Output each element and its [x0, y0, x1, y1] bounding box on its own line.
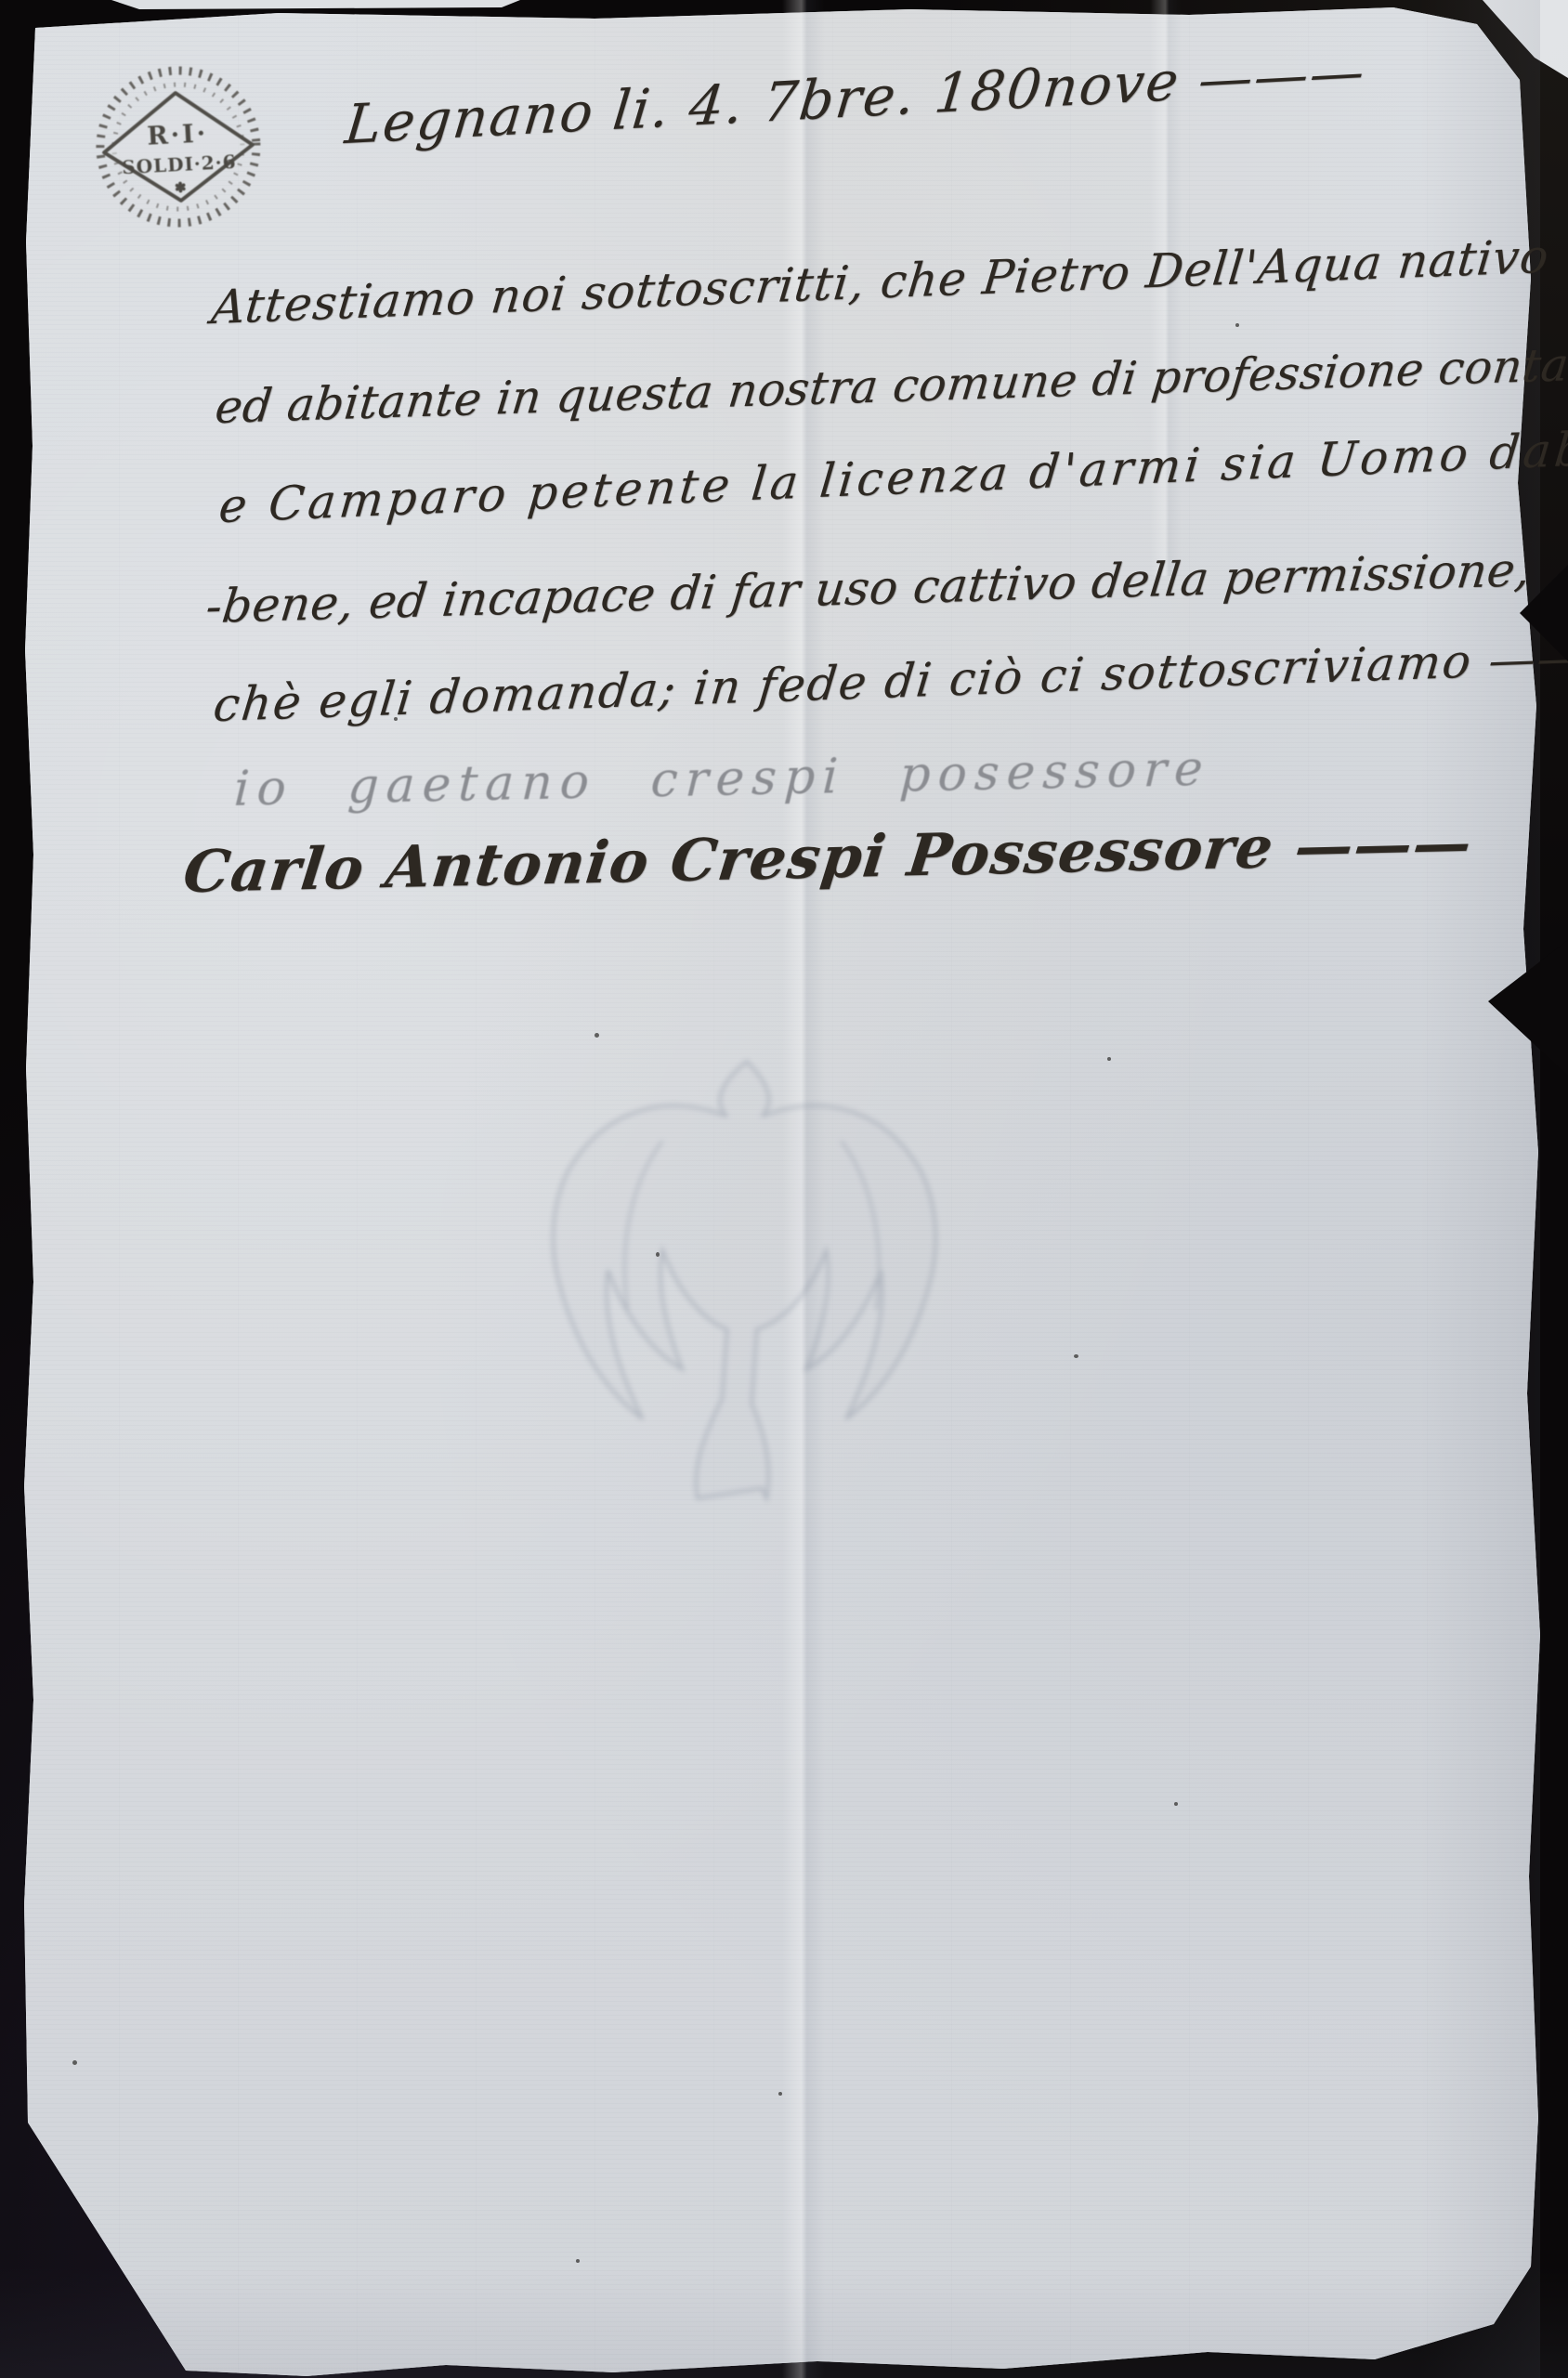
stamp-line2: SOLDI·2·6 — [122, 150, 237, 178]
eagle-watermark — [509, 1022, 985, 1528]
stamp-rosette-icon: ✽ — [174, 179, 187, 197]
stamp-line1: R·I· — [147, 119, 209, 150]
revenue-stamp: R·I· SOLDI·2·6 ✽ — [88, 55, 269, 242]
edge-shading-bottom — [0, 2267, 1568, 2378]
photo-background: R·I· SOLDI·2·6 ✽ Legnano li. 4. 7bre. 18… — [0, 0, 1568, 2378]
